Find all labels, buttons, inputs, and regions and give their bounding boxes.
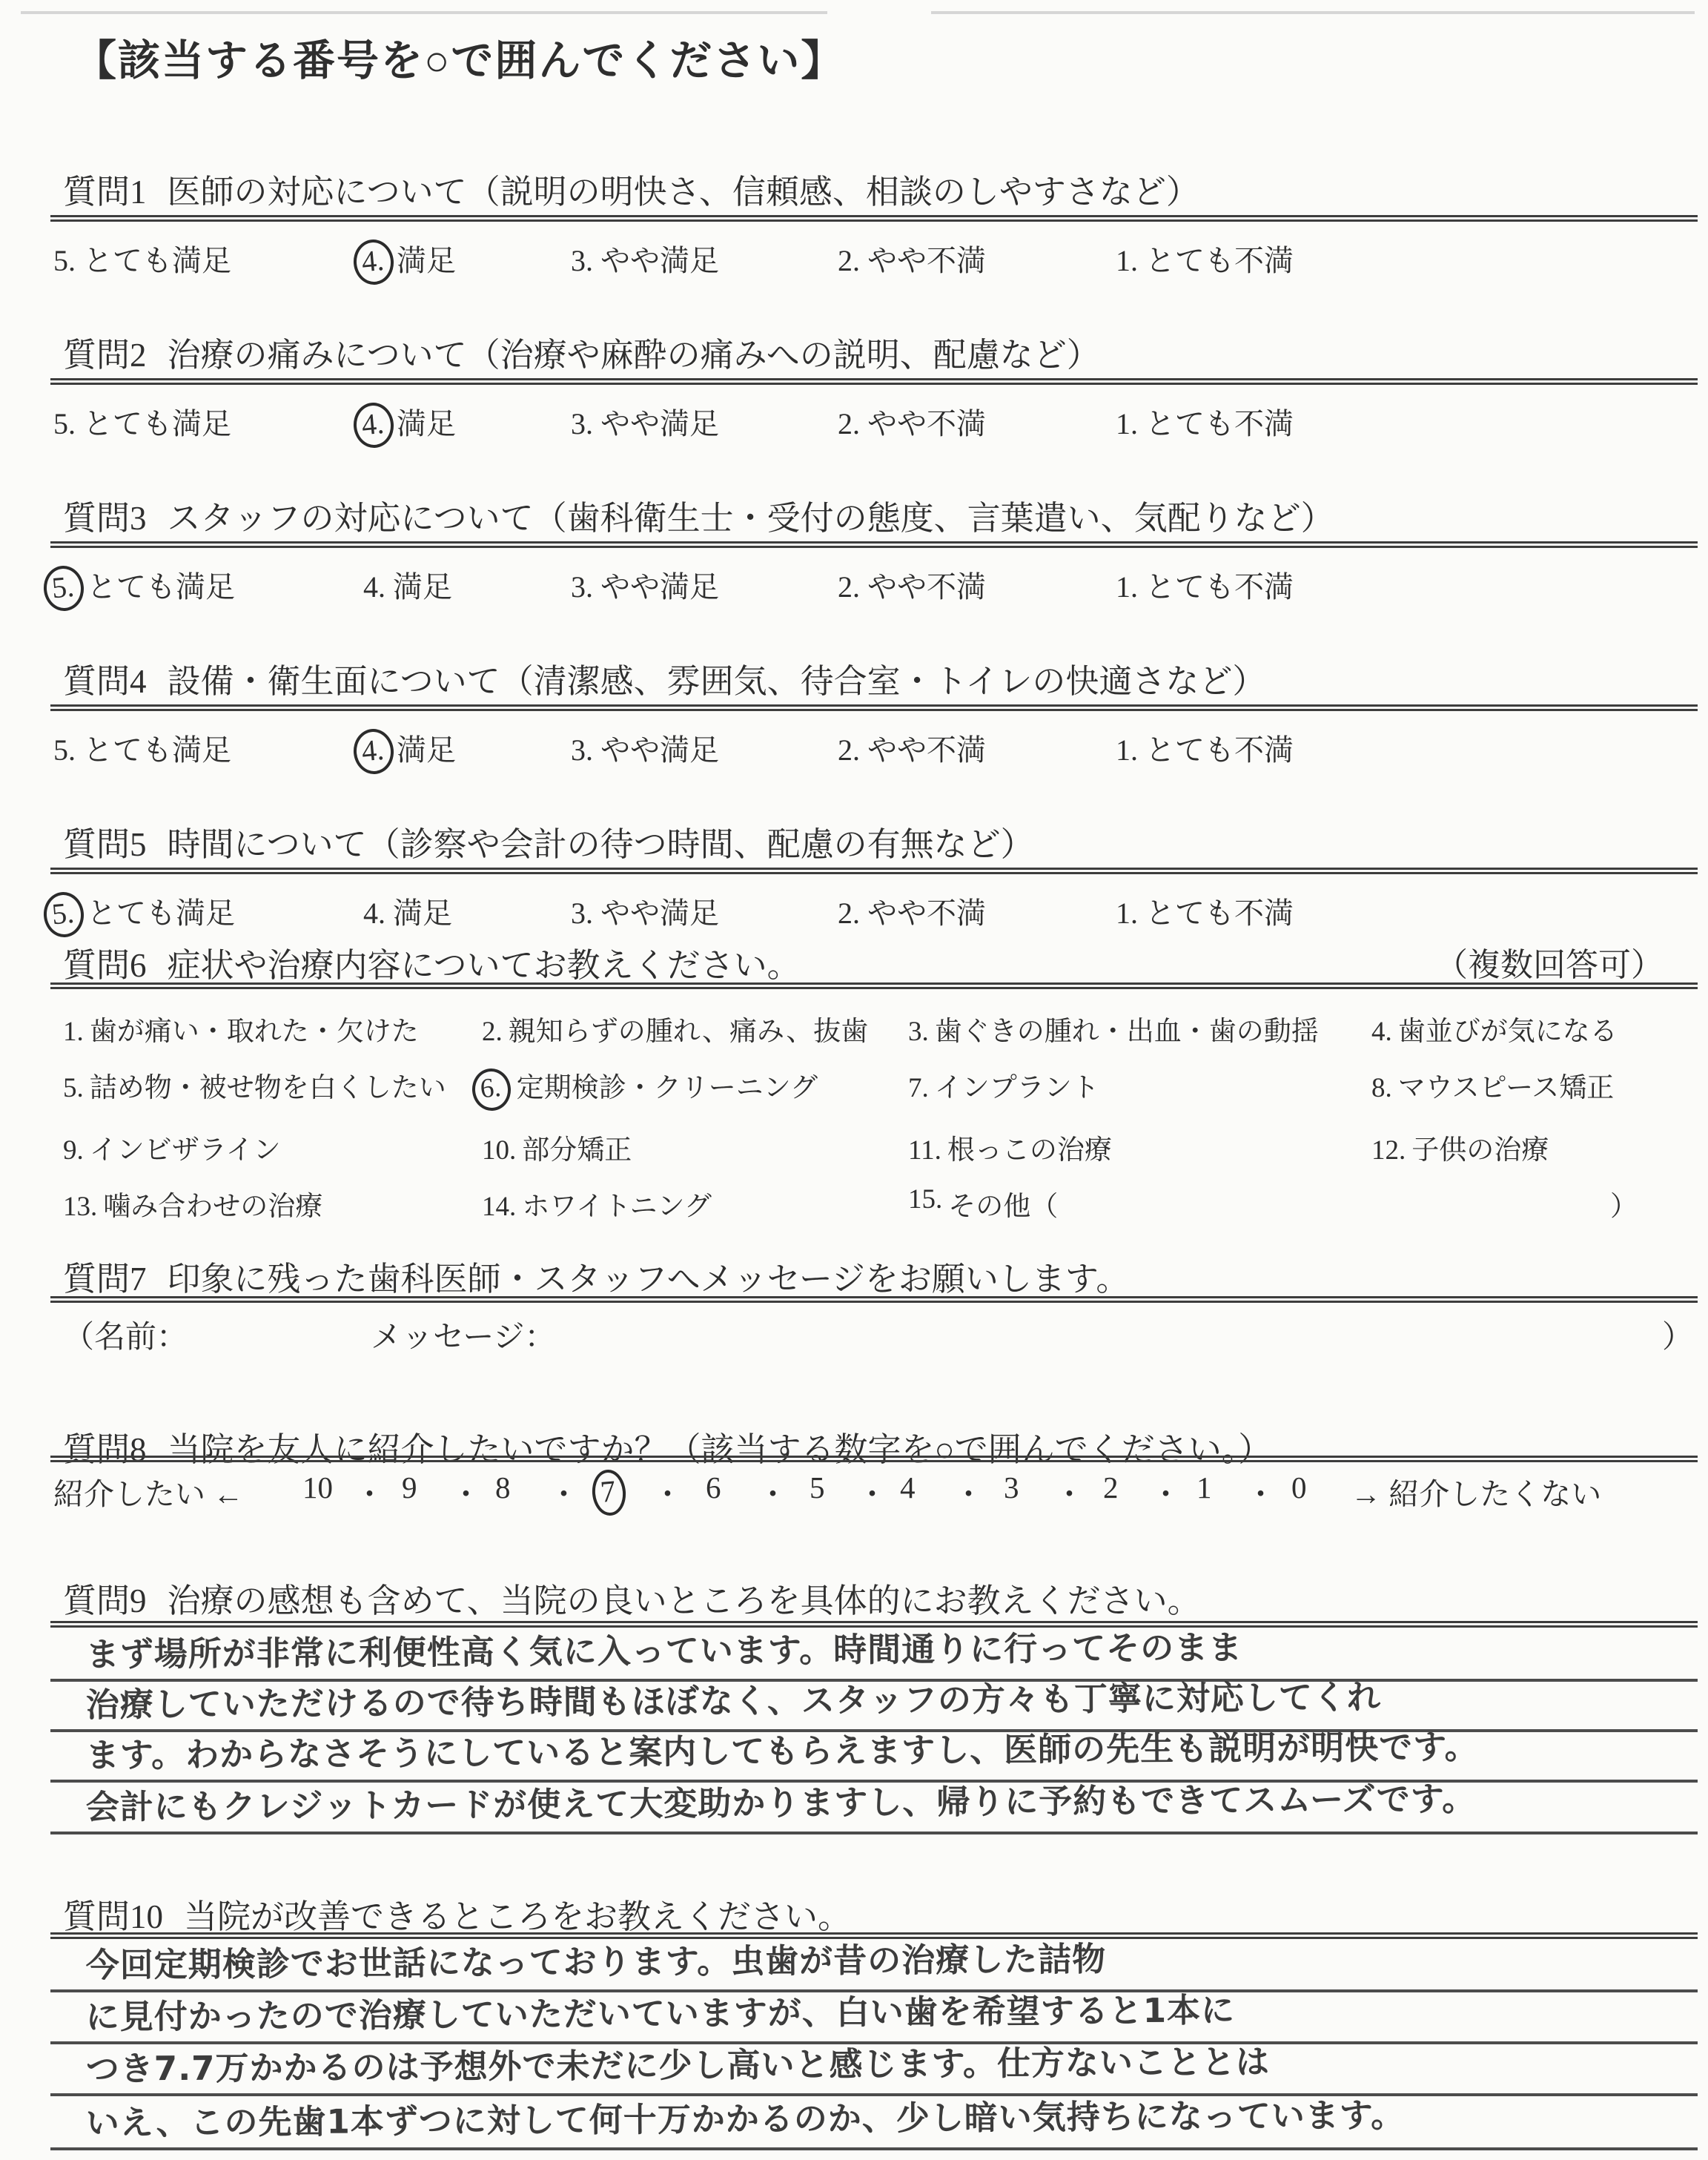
scale-separator: ・ <box>1151 1470 1181 1513</box>
symptom-option: 8.マウスピース矯正 <box>1371 1065 1678 1111</box>
option-label: 満足 <box>397 407 456 440</box>
option-label: 定期検診・クリーニング <box>517 1073 818 1103</box>
handwritten-line: ます。わからなさそうにしていると案内してもらえますし、医師の先生も説明が明快です… <box>50 1720 1479 1780</box>
question-header: 質問4設備・衛生面について（清潔感、雰囲気、待合室・トイレの快適さなど） <box>63 654 1265 702</box>
symptom-option: 3.歯ぐきの腫れ・出血・歯の動揺 <box>908 1008 1371 1048</box>
rating-option: 3.やや満足 <box>571 727 719 769</box>
option-number: 5. <box>53 406 76 441</box>
rating-option: 5.とても満足 <box>53 237 231 280</box>
option-label: 部分矯正 <box>522 1135 632 1166</box>
question-label: 質問10 <box>63 1898 163 1935</box>
symptom-option: 13.噛み合わせの治療 <box>63 1183 482 1223</box>
option-label: 満足 <box>393 896 452 930</box>
question-label: 質問3 <box>63 500 147 537</box>
option-label: とても不満 <box>1145 244 1294 277</box>
multiple-answers-note: （複数回答可） <box>1435 938 1664 985</box>
option-label: とても満足 <box>83 244 231 277</box>
option-number: 1. <box>1116 406 1138 441</box>
nps-scale-row: 紹介したい ← 10 ・ 9 ・ 8 ・ 7 ・ 6 ・ 5 ・ 4 ・ 3 ・… <box>0 1467 1708 1516</box>
symptom-option: 6.定期検診・クリーニング <box>482 1065 908 1111</box>
header-underline <box>50 541 1698 548</box>
page-title: 【該当する番号を○で囲んでください】 <box>74 27 844 87</box>
header-underline <box>50 215 1698 222</box>
handwritten-line: つき7.7万かかるのは予想外で未だに少し高いと感じます。仕方ないこととは <box>50 2035 1271 2093</box>
symptom-option: 1.歯が痛い・取れた・欠けた <box>63 1008 482 1048</box>
question-header: 質問3スタッフの対応について（歯科衛生士・受付の態度、言葉遣い、気配りなど） <box>63 491 1334 539</box>
option-number: 10. <box>482 1135 516 1166</box>
scale-separator: ・ <box>549 1470 579 1513</box>
ruled-line: いえ、この先歯1本ずつに対して何十万かかるのか、少し暗い気持ちになっています。 <box>50 2095 1698 2150</box>
option-number: 5. <box>53 733 76 767</box>
option-label: やや満足 <box>600 570 719 604</box>
blank-space <box>1058 1183 1610 1223</box>
option-label: とても不満 <box>1145 733 1294 767</box>
rating-option: 4.満足 <box>363 890 452 932</box>
rating-option: 1.とても不満 <box>1116 564 1294 606</box>
rating-option: 1.とても不満 <box>1116 400 1294 443</box>
option-number: 2. <box>838 406 860 441</box>
ruled-line: 今回定期検診でお世話になっております。虫歯が昔の治療した詰物 <box>50 1939 1698 1992</box>
option-number: 4. <box>351 727 395 776</box>
option-number: 1. <box>1116 896 1138 931</box>
option-number: 4. <box>363 569 385 604</box>
option-label: やや満足 <box>600 244 719 277</box>
question-header: 質問2治療の痛みについて（治療や麻酔の痛みへの説明、配慮など） <box>63 328 1100 376</box>
option-label: とても不満 <box>1145 570 1294 604</box>
rating-option: 2.やや不満 <box>838 564 986 606</box>
scale-number: 3 <box>1004 1470 1019 1505</box>
message-field-row: （名前： メッセージ： ） <box>0 1312 1708 1357</box>
option-label: やや不満 <box>867 407 986 440</box>
scale-separator: ・ <box>857 1470 887 1513</box>
message-field-label: メッセージ： <box>371 1312 555 1357</box>
question-label: 質問5 <box>63 826 147 863</box>
question-title: 時間について（診察や会計の待つ時間、配慮の有無など） <box>168 826 1034 863</box>
scale-number: 8 <box>495 1470 511 1505</box>
option-number: 11. <box>908 1135 941 1166</box>
scale-separator: ・ <box>758 1470 788 1513</box>
option-number: 8. <box>1371 1072 1392 1104</box>
question-label: 質問1 <box>63 174 147 211</box>
rating-option: 3.やや満足 <box>571 400 719 443</box>
option-number: 13. <box>63 1191 97 1223</box>
scale-number: 1 <box>1196 1470 1212 1505</box>
option-label: 噛み合わせの治療 <box>103 1192 322 1222</box>
option-label: とても不満 <box>1145 407 1294 440</box>
rating-option: 1.とても不満 <box>1116 890 1294 932</box>
scale-separator: ・ <box>953 1470 984 1513</box>
question-title: 治療の感想も含めて、当院の良いところを具体的にお教えください。 <box>168 1582 1201 1619</box>
rating-option: 4.満足 <box>363 237 456 285</box>
option-label: 満足 <box>393 570 452 604</box>
option-label: 子供の治療 <box>1411 1135 1549 1166</box>
option-label: やや不満 <box>867 244 986 277</box>
option-label: 歯並びが気になる <box>1398 1017 1618 1047</box>
question-header: 質問8当院を友人に紹介したいですか？（該当する数字を○で囲んでください。） <box>63 1422 1271 1470</box>
rating-option: 4.満足 <box>363 400 456 448</box>
header-underline <box>50 868 1698 874</box>
handwritten-line: いえ、この先歯1本ずつに対して何十万かかるのか、少し暗い気持ちになっています。 <box>50 2088 1406 2147</box>
option-number: 1. <box>1116 569 1138 604</box>
symptom-option-other: 15.その他（） <box>908 1183 1678 1223</box>
option-label: 詰め物・被せ物を白くしたい <box>90 1073 446 1103</box>
symptom-option: 7.インプラント <box>908 1065 1371 1111</box>
handwritten-line: 治療していただけるので待ち時間もほぼなく、スタッフの方々も丁寧に対応してくれ <box>50 1670 1381 1729</box>
scale-separator: ・ <box>354 1470 385 1513</box>
option-number: 2. <box>838 896 860 931</box>
option-number: 3. <box>571 406 593 441</box>
rating-option: 5.とても満足 <box>53 890 235 937</box>
question-label: 質問9 <box>63 1582 147 1619</box>
option-number: 2. <box>838 569 860 604</box>
rating-option: 2.やや不満 <box>838 237 986 280</box>
option-number: 1. <box>63 1016 84 1048</box>
option-number: 5. <box>42 891 85 939</box>
symptom-option: 10.部分矯正 <box>482 1127 908 1167</box>
option-label: インビザライン <box>90 1135 281 1166</box>
option-label: 満足 <box>397 733 456 767</box>
name-field-label: （名前： <box>63 1312 188 1357</box>
question-label: 質問2 <box>63 337 147 374</box>
rating-option: 1.とても不満 <box>1116 237 1294 280</box>
scale-separator: ・ <box>1245 1470 1276 1513</box>
symptom-option: 5.詰め物・被せ物を白くしたい <box>63 1065 482 1111</box>
option-label: 歯ぐきの腫れ・出血・歯の動揺 <box>935 1017 1319 1047</box>
option-label: とても満足 <box>87 570 235 604</box>
option-label: インプラント <box>935 1073 1099 1103</box>
rating-option: 2.やや不満 <box>838 890 986 932</box>
symptom-option: 14.ホワイトニング <box>482 1183 908 1223</box>
option-number: 3. <box>571 569 593 604</box>
scale-number: 0 <box>1291 1470 1307 1505</box>
question-label: 質問4 <box>63 663 147 700</box>
scale-number: 9 <box>402 1470 417 1505</box>
rating-option: 1.とても不満 <box>1116 727 1294 769</box>
header-underline <box>50 378 1698 385</box>
scale-number: 6 <box>706 1470 721 1505</box>
rating-option: 3.やや満足 <box>571 237 719 280</box>
option-number: 9. <box>63 1135 84 1166</box>
question-header: 質問7印象に残った歯科医師・スタッフへメッセージをお願いします。 <box>63 1252 1129 1300</box>
rating-option: 3.やや満足 <box>571 890 719 932</box>
options-row: 5.とても満足 4.満足 3.やや満足 2.やや不満 1.とても不満 <box>0 564 1708 610</box>
scale-right-label: → 紹介したくない <box>1351 1470 1601 1513</box>
scale-separator: ・ <box>652 1470 683 1513</box>
scale-number: 4 <box>900 1470 916 1505</box>
question-header: 質問1医師の対応について（説明の明快さ、信頼感、相談のしやすさなど） <box>63 165 1199 213</box>
option-number: 2. <box>838 243 860 278</box>
scale-separator: ・ <box>451 1470 481 1513</box>
handwritten-line: 今回定期検診でお世話になっております。虫歯が昔の治療した詰物 <box>50 1932 1107 1989</box>
question-label: 質問8 <box>63 1431 147 1468</box>
options-row: 5.とても満足 4.満足 3.やや満足 2.やや不満 1.とても不満 <box>0 727 1708 773</box>
option-number: 7. <box>908 1072 929 1104</box>
rating-option: 3.やや満足 <box>571 564 719 606</box>
question-header: 質問6症状や治療内容についてお教えください。 <box>63 938 801 986</box>
option-label: やや満足 <box>600 896 719 930</box>
option-label: ホワイトニング <box>522 1192 712 1222</box>
options-row: 5.とても満足 4.満足 3.やや満足 2.やや不満 1.とても不満 <box>0 237 1708 283</box>
header-underline <box>50 704 1698 711</box>
rating-option: 5.とても満足 <box>53 727 231 769</box>
option-number: 14. <box>482 1191 516 1223</box>
scale-separator: ・ <box>1054 1470 1085 1513</box>
symptom-option: 2.親知らずの腫れ、痛み、抜歯 <box>482 1008 908 1048</box>
option-label: やや満足 <box>600 407 719 440</box>
survey-page: 【該当する番号を○で囲んでください】 質問1医師の対応について（説明の明快さ、信… <box>0 0 1708 2160</box>
question-title: 当院を友人に紹介したいですか？（該当する数字を○で囲んでください。） <box>168 1431 1272 1468</box>
rating-option: 5.とても満足 <box>53 400 231 443</box>
option-label: とても満足 <box>83 733 231 767</box>
question-title: 当院が改善できるところをお教えください。 <box>184 1898 851 1935</box>
option-number: 3. <box>571 733 593 767</box>
option-label: 満足 <box>397 244 456 277</box>
header-underline <box>50 1296 1698 1303</box>
question-header: 質問5時間について（診察や会計の待つ時間、配慮の有無など） <box>63 817 1034 865</box>
option-number: 1. <box>1116 733 1138 767</box>
option-number: 3. <box>571 243 593 278</box>
header-underline <box>50 1456 1698 1462</box>
option-number: 4. <box>351 401 395 449</box>
header-underline <box>50 982 1698 989</box>
options-row: 5.とても満足 4.満足 3.やや満足 2.やや不満 1.とても不満 <box>0 400 1708 446</box>
question-header: 質問10当院が改善できるところをお教えください。 <box>63 1889 851 1938</box>
option-number: 3. <box>908 1016 929 1048</box>
option-label: やや不満 <box>867 896 986 930</box>
option-number: 3. <box>571 896 593 931</box>
option-label: 親知らずの腫れ、痛み、抜歯 <box>509 1017 868 1047</box>
top-scan-line <box>931 11 1695 14</box>
ruled-line: つき7.7万かかるのは予想外で未だに少し高いと感じます。仕方ないこととは <box>50 2043 1698 2096</box>
rating-option: 4.満足 <box>363 727 456 774</box>
option-number: 4. <box>351 238 395 286</box>
option-number: 15. <box>908 1183 942 1223</box>
question-label: 質問7 <box>63 1261 147 1298</box>
scale-number: 2 <box>1103 1470 1119 1505</box>
option-number: 2. <box>838 733 860 767</box>
option-label: マウスピース矯正 <box>1398 1073 1615 1103</box>
rating-option: 4.満足 <box>363 564 452 606</box>
option-number: 5. <box>63 1072 84 1104</box>
option-label: 歯が痛い・取れた・欠けた <box>90 1017 419 1047</box>
rating-option: 2.やや不満 <box>838 400 986 443</box>
symptom-option: 4.歯並びが気になる <box>1371 1008 1678 1048</box>
question-title: 設備・衛生面について（清潔感、雰囲気、待合室・トイレの快適さなど） <box>168 663 1266 700</box>
rating-option: 2.やや不満 <box>838 727 986 769</box>
handwritten-line: まず場所が非常に利便性高く気に入っています。時間通りに行ってそのまま <box>50 1620 1243 1679</box>
symptom-option: 12.子供の治療 <box>1371 1127 1678 1167</box>
scale-number: 10 <box>302 1470 333 1505</box>
option-number: 4. <box>363 896 385 931</box>
option-label: やや不満 <box>867 570 986 604</box>
option-label: とても満足 <box>83 407 231 440</box>
option-number: 12. <box>1371 1135 1406 1166</box>
question-title: スタッフの対応について（歯科衛生士・受付の態度、言葉遣い、気配りなど） <box>168 500 1334 537</box>
top-scan-line <box>21 11 827 14</box>
option-label: とても満足 <box>87 896 235 930</box>
option-label: 根っこの治療 <box>947 1135 1112 1166</box>
scale-left-label: 紹介したい ← <box>53 1470 243 1513</box>
symptom-options-grid: 1.歯が痛い・取れた・欠けた 2.親知らずの腫れ、痛み、抜歯 3.歯ぐきの腫れ・… <box>63 1008 1678 1223</box>
ruled-line: 会計にもクレジットカードが使えて大変助かりますし、帰りに予約もできてスムーズです… <box>50 1781 1698 1834</box>
option-number: 4. <box>1371 1016 1392 1048</box>
option-number: 1. <box>1116 243 1138 278</box>
symptom-option: 11.根っこの治療 <box>908 1127 1371 1167</box>
handwritten-line: に見付かったので治療していただいていますが、白い歯を希望すると1本に <box>50 1983 1236 2041</box>
question-header: 質問9治療の感想も含めて、当院の良いところを具体的にお教えください。 <box>63 1573 1201 1622</box>
question-title: 印象に残った歯科医師・スタッフへメッセージをお願いします。 <box>168 1261 1130 1298</box>
closing-paren: ） <box>1610 1183 1638 1223</box>
option-label: とても不満 <box>1145 896 1294 930</box>
option-label: その他（ <box>948 1183 1058 1223</box>
symptom-option: 9.インビザライン <box>63 1127 482 1167</box>
options-row: 5.とても満足 4.満足 3.やや満足 2.やや不満 1.とても不満 <box>0 890 1708 936</box>
ruled-line: に見付かったので治療していただいていますが、白い歯を希望すると1本に <box>50 1991 1698 2044</box>
option-number: 5. <box>42 564 85 612</box>
handwritten-line: 会計にもクレジットカードが使えて大変助かりますし、帰りに予約もできてスムーズです… <box>50 1771 1477 1832</box>
scale-number: 7 <box>590 1468 627 1517</box>
option-number: 5. <box>53 243 76 278</box>
rating-option: 5.とても満足 <box>53 564 235 611</box>
question-label: 質問6 <box>63 947 147 984</box>
option-label: やや満足 <box>600 733 719 767</box>
closing-paren: ） <box>1662 1312 1693 1357</box>
option-number: 2. <box>482 1016 503 1048</box>
question-title: 医師の対応について（説明の明快さ、信頼感、相談のしやすさなど） <box>168 174 1199 211</box>
question-title: 症状や治療内容についてお教えください。 <box>168 947 801 984</box>
option-label: やや不満 <box>867 733 986 767</box>
scale-number: 5 <box>810 1470 825 1505</box>
question-title: 治療の痛みについて（治療や麻酔の痛みへの説明、配慮など） <box>168 337 1100 374</box>
